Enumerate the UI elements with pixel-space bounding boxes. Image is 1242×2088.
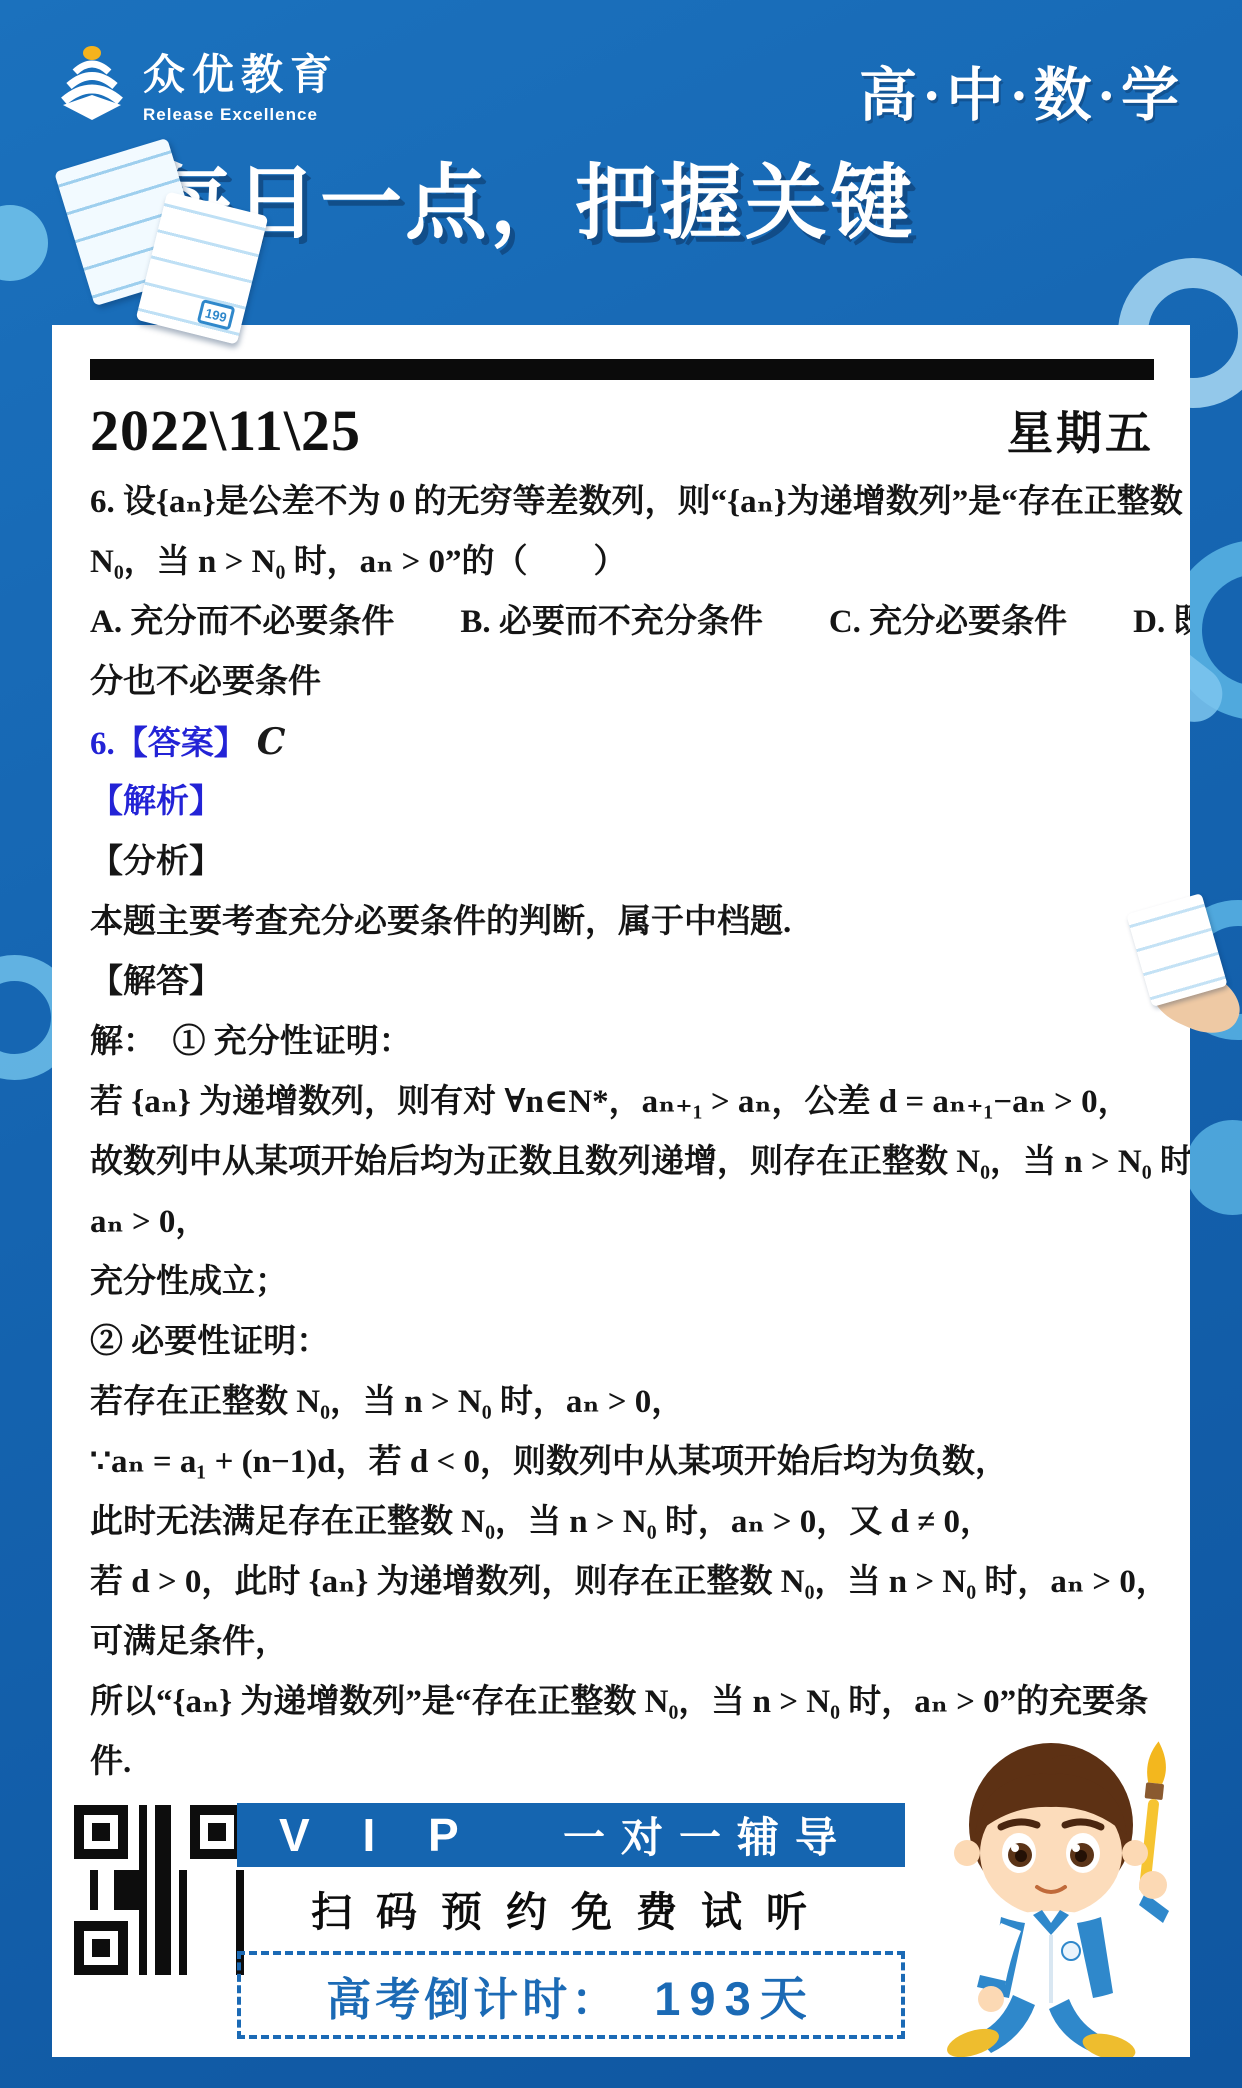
subject-title: 高·中·数·学 bbox=[859, 48, 1184, 132]
solution-line: 若存在正整数 N₀，当 n > N₀ 时，aₙ > 0， bbox=[90, 1372, 1162, 1432]
answer-line: 6.【答案】C bbox=[90, 712, 1162, 772]
decor-circle bbox=[0, 205, 48, 281]
solution-line: 所以“{aₙ} 为递增数列”是“存在正整数 N₀，当 n > N₀ 时，aₙ >… bbox=[90, 1672, 1162, 1732]
brand-logo: 众优教育 Release Excellence bbox=[55, 42, 339, 125]
date-row: 2022\11\25 星期五 bbox=[90, 388, 1162, 472]
options-line: 分也不必要条件 bbox=[90, 652, 1162, 712]
papers-illustration: 199 bbox=[66, 146, 266, 346]
solution-line: 可满足条件， bbox=[90, 1612, 1162, 1672]
vip-text: 一对一辅导 bbox=[563, 1805, 853, 1865]
countdown-box: 高考倒计时： 193天 bbox=[237, 1951, 905, 2039]
fenxi-text: 本题主要考查充分必要条件的判断，属于中档题. bbox=[90, 892, 1162, 952]
brand-text: 众优教育 Release Excellence bbox=[143, 42, 339, 125]
vip-label: V I P bbox=[279, 1808, 479, 1862]
date: 2022\11\25 bbox=[90, 397, 361, 464]
answer-label: 6.【答案】 bbox=[90, 726, 247, 762]
book-logo-icon bbox=[55, 44, 129, 124]
poster: 众优教育 Release Excellence 高·中·数·学 199 每日一点… bbox=[0, 0, 1242, 2088]
analysis-heading: 【解析】 bbox=[90, 772, 1162, 832]
answer-value: C bbox=[247, 721, 286, 763]
weekday: 星期五 bbox=[1007, 397, 1154, 463]
card-body: 2022\11\25 星期五 6. 设{aₙ}是公差不为 0 的无穷等差数列，则… bbox=[52, 325, 1190, 1792]
solution-line: 充分性成立； bbox=[90, 1252, 1162, 1312]
solution-line: aₙ > 0， bbox=[90, 1192, 1162, 1252]
solution-line: 若 {aₙ} 为递增数列，则有对 ∀n∈N*，aₙ₊₁ > aₙ，公差 d = … bbox=[90, 1072, 1162, 1132]
qr-finder bbox=[190, 1805, 244, 1859]
solution-line: 解： ① 充分性证明： bbox=[90, 1012, 1162, 1072]
brand-name: 众优教育 bbox=[143, 42, 339, 102]
solution-line: 若 d > 0，此时 {aₙ} 为递增数列，则存在正整数 N₀，当 n > N₀… bbox=[90, 1552, 1162, 1612]
brand-tagline: Release Excellence bbox=[143, 105, 339, 125]
mascot-boy-with-brush bbox=[900, 1733, 1190, 2057]
options-line: A. 充分而不必要条件 B. 必要而不充分条件 C. 充分必要条件 D. 既不充 bbox=[90, 592, 1162, 652]
qr-finder bbox=[74, 1805, 128, 1859]
countdown-label: 高考倒计时： bbox=[326, 1963, 620, 2028]
question-and-solution: 6. 设{aₙ}是公差不为 0 的无穷等差数列，则“{aₙ}为递增数列”是“存在… bbox=[90, 472, 1162, 1792]
decor-circle bbox=[1185, 1120, 1242, 1215]
fenxi-heading: 【分析】 bbox=[90, 832, 1162, 892]
vip-banner: V I P 一对一辅导 bbox=[237, 1803, 905, 1867]
qr-finder bbox=[74, 1921, 128, 1975]
qr-code bbox=[74, 1805, 244, 1975]
gold-brush-icon bbox=[1134, 1740, 1168, 1893]
solution-line: ② 必要性证明： bbox=[90, 1312, 1162, 1372]
solution-line: ∵aₙ = a₁ + (n−1)d，若 d < 0，则数列中从某项开始后均为负数… bbox=[90, 1432, 1162, 1492]
divider-bar bbox=[90, 359, 1154, 380]
solution-line: 此时无法满足存在正整数 N₀，当 n > N₀ 时，aₙ > 0，又 d ≠ 0… bbox=[90, 1492, 1162, 1552]
content-card: 2022\11\25 星期五 6. 设{aₙ}是公差不为 0 的无穷等差数列，则… bbox=[52, 325, 1190, 2057]
paper-stamp: 199 bbox=[197, 299, 236, 331]
question-line: N₀，当 n > N₀ 时，aₙ > 0”的（ ） bbox=[90, 532, 1162, 592]
solution-line: 故数列中从某项开始后均为正数且数列递增，则存在正整数 N₀，当 n > N₀ 时… bbox=[90, 1132, 1162, 1192]
countdown-value: 193天 bbox=[654, 1962, 815, 2029]
question-line: 6. 设{aₙ}是公差不为 0 的无穷等差数列，则“{aₙ}为递增数列”是“存在… bbox=[90, 472, 1162, 532]
jieda-heading: 【解答】 bbox=[90, 952, 1162, 1012]
paper-hand-illustration bbox=[1122, 902, 1242, 1042]
scan-cta: 扫码预约免费试听 bbox=[237, 1877, 905, 1939]
